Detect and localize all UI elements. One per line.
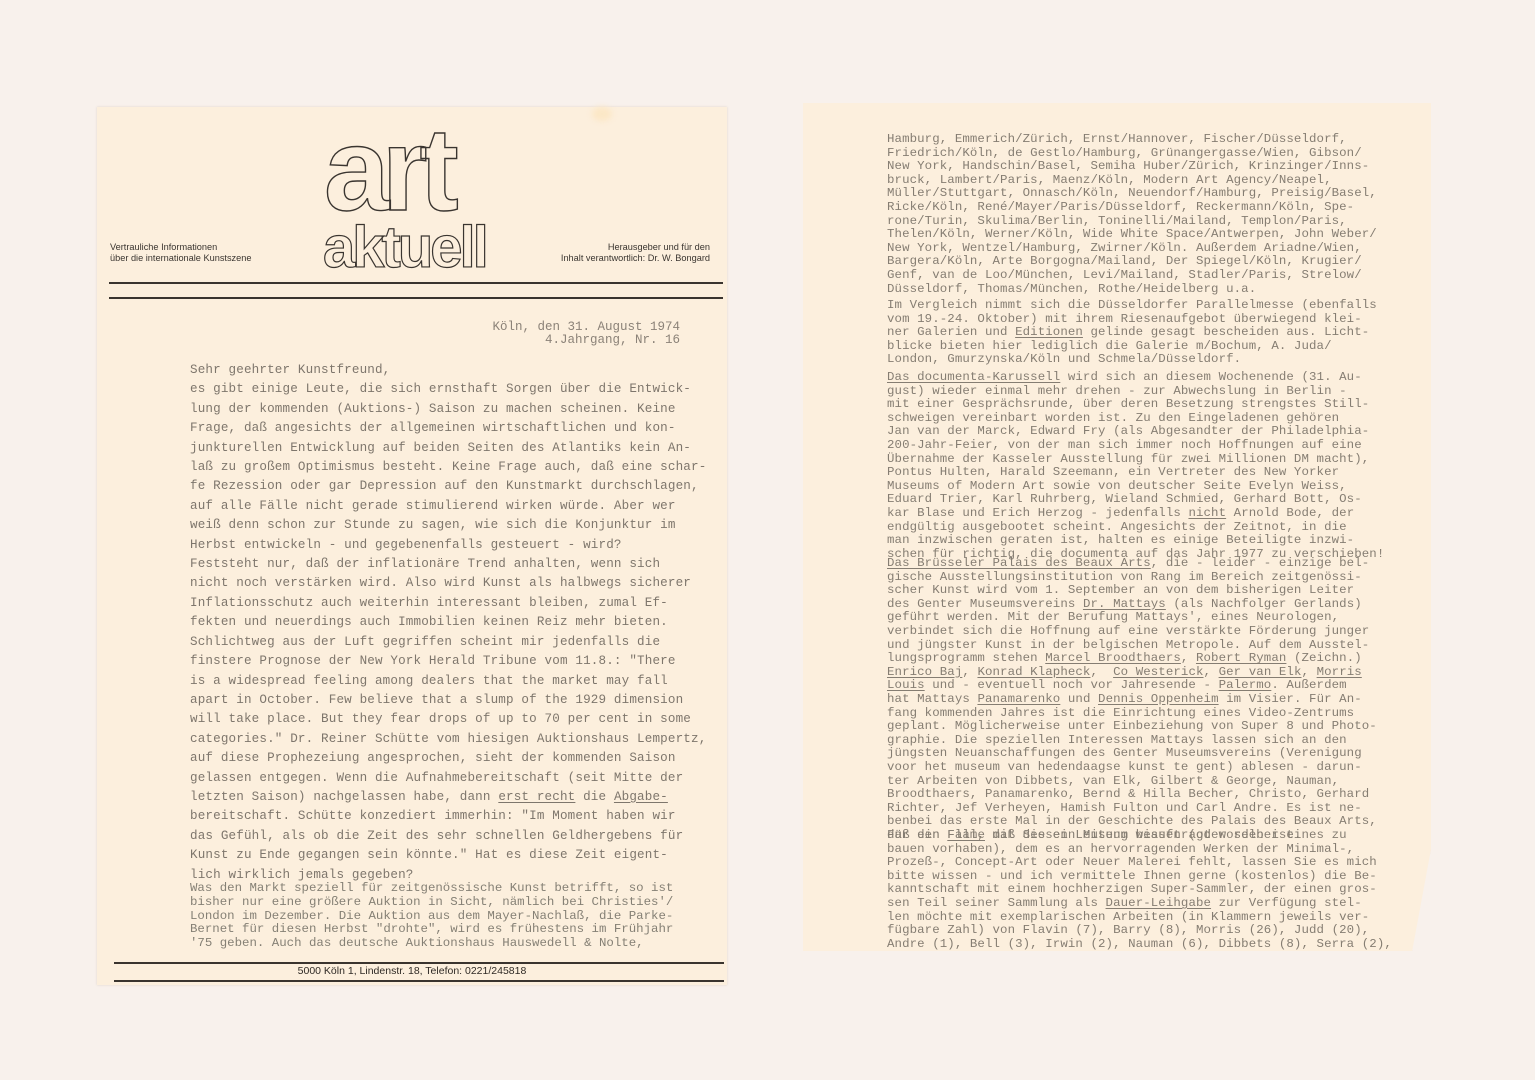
underlined-phrase: Dauer-Leihgabe — [1106, 896, 1212, 910]
text-line: Müller/Stuttgart, Onnasch/Köln, Neuendor… — [887, 187, 1407, 201]
footer-rule — [114, 980, 724, 982]
newsletter-page-back: Hamburg, Emmerich/Zürich, Ernst/Hannover… — [803, 103, 1431, 951]
text-line: bruck, Lambert/Paris, Maenz/Köln, Modern… — [887, 174, 1407, 188]
paragraph-museum-offer: Für den Fall, daß Sie ein Museum wissen … — [887, 829, 1407, 951]
text-line: rone/Turin, Skulima/Berlin, Toninelli/Ma… — [887, 215, 1407, 229]
tagline-line: über die internationale Kunstszene — [110, 253, 251, 264]
publisher-line: Inhalt verantwortlich: Dr. W. Bongard — [561, 253, 710, 264]
tagline-line: Vertrauliche Informationen — [110, 242, 251, 253]
footer-rule — [114, 962, 724, 964]
text-line: finstere Prognose der New York Herald Tr… — [190, 652, 710, 671]
text-line: Was den Markt speziell für zeitgenössisc… — [190, 882, 730, 896]
underlined-phrase: Enrico Baj — [887, 665, 962, 679]
text-line: New York, Wentzel/Hamburg, Zwirner/Köln.… — [887, 242, 1407, 256]
text-line: len möchte mit exemplarischen Arbeiten (… — [887, 911, 1407, 925]
text-line: Für den Fall, daß Sie ein Museum wissen … — [887, 829, 1407, 843]
underlined-phrase: erst recht — [498, 790, 575, 804]
text-line: '75 geben. Auch das deutsche Auktionshau… — [190, 937, 730, 951]
text-line: fügbare Zahl) von Flavin (7), Barry (8),… — [887, 924, 1407, 938]
text-line: Thelen/Köln, Werner/Köln, Wide White Spa… — [887, 228, 1407, 242]
underlined-phrase: Robert Ryman — [1196, 651, 1286, 665]
text-line: Sehr geehrter Kunstfreund, — [190, 361, 710, 380]
text-line: fe Rezession oder gar Depression auf den… — [190, 477, 710, 496]
text-line: apart in October. Few believe that a slu… — [190, 691, 710, 710]
text-line: is a widespread feeling among dealers th… — [190, 672, 710, 691]
text-line: endgültig ausgebootet scheint. Angesicht… — [887, 521, 1407, 535]
dateline: Köln, den 31. August 1974 4.Jahrgang, Nr… — [492, 321, 680, 347]
underlined-phrase: Co Westerick — [1113, 665, 1203, 679]
text-line: London, Gmurzynska/Köln und Schmela/Düss… — [887, 353, 1407, 367]
underlined-phrase: Palermo — [1219, 678, 1272, 692]
paragraph-gallery-list: Hamburg, Emmerich/Zürich, Ernst/Hannover… — [887, 133, 1407, 296]
text-line: kar Blase und Erich Herzog - jedenfalls … — [887, 507, 1407, 521]
text-line: Andre (1), Bell (3), Irwin (2), Nauman (… — [887, 938, 1407, 952]
text-line: gische Ausstellungsinstitution von Rang … — [887, 571, 1407, 585]
underlined-phrase: Abgabe- — [614, 790, 668, 804]
text-line: mit einer Gesprächsrunde, über deren Bes… — [887, 398, 1407, 412]
underlined-phrase: Dennis Oppenheim — [1098, 692, 1219, 706]
text-line: Pontus Hulten, Harald Szeemann, ein Vert… — [887, 466, 1407, 480]
text-line: Museums of Modern Art sowie von deutsche… — [887, 480, 1407, 494]
paragraph-documenta: Das documenta-Karussell wird sich an die… — [887, 371, 1407, 561]
underlined-phrase: Marcel Broodthaers — [1045, 651, 1181, 665]
text-line: auf alle Fälle nicht gerade stimulierend… — [190, 497, 710, 516]
text-line: benbei das erste Mal in der Geschichte d… — [887, 815, 1407, 829]
text-line: vom 19.-24. Oktober) mit ihrem Riesenauf… — [887, 313, 1407, 327]
text-line: Prozeß-, Concept-Art oder Neuer Malerei … — [887, 856, 1407, 870]
text-line: weiß denn schon zur Stunde zu sagen, wie… — [190, 516, 710, 535]
underlined-phrase: Konrad Klapheck — [977, 665, 1090, 679]
text-line: Enrico Baj, Konrad Klapheck, Co Westeric… — [887, 666, 1407, 680]
text-line: Jan van der Marck, Edward Fry (als Abges… — [887, 425, 1407, 439]
text-line: Das documenta-Karussell wird sich an die… — [887, 371, 1407, 385]
text-line: Das Brüsseler Palais des Beaux Arts, die… — [887, 557, 1407, 571]
text-line: des Genter Museumsvereins Dr. Mattays (a… — [887, 598, 1407, 612]
text-line: Hamburg, Emmerich/Zürich, Ernst/Hannover… — [887, 133, 1407, 147]
text-line: fekten und neuerdings auch Immobilien ke… — [190, 613, 710, 632]
text-line: verbindet sich die Hoffnung auf eine ver… — [887, 625, 1407, 639]
footer-address: 5000 Köln 1, Lindenstr. 18, Telefon: 022… — [97, 965, 727, 977]
text-line: gust) wieder einmal mehr drehen - zur Ab… — [887, 385, 1407, 399]
underlined-phrase: Panamarenko — [977, 692, 1060, 706]
text-line: schweigen vereinbart worden ist. Zu den … — [887, 412, 1407, 426]
text-line: bereitschaft. Schütte konzediert immerhi… — [190, 807, 710, 826]
underlined-phrase: Ger van Elk — [1219, 665, 1302, 679]
art-aktuell-logo: art aktuell — [322, 112, 512, 272]
text-line: graphie. Die speziellen Interessen Matta… — [887, 734, 1407, 748]
text-line: Schlichtweg aus der Luft gegriffen schei… — [190, 633, 710, 652]
issue-text: 4.Jahrgang, Nr. 16 — [492, 334, 680, 347]
text-line: Übernahme der Kasseler Ausstellung für z… — [887, 453, 1407, 467]
text-line: laß zu großem Optimismus besteht. Keine … — [190, 458, 710, 477]
text-line: kanntschaft mit einem hochherzigen Super… — [887, 883, 1407, 897]
text-line: und jüngster Kunst in der belgischen Met… — [887, 639, 1407, 653]
text-line: lung der kommenden (Auktions-) Saison zu… — [190, 400, 710, 419]
text-line: Im Vergleich nimmt sich die Düsseldorfer… — [887, 299, 1407, 313]
text-line: jüngsten Neuanschaffungen des Genter Mus… — [887, 747, 1407, 761]
text-line: New York, Handschin/Basel, Semiha Huber/… — [887, 160, 1407, 174]
paragraph-duesseldorf-fair: Im Vergleich nimmt sich die Düsseldorfer… — [887, 299, 1407, 367]
text-line: Louis und - eventuell noch vor Jahresend… — [887, 679, 1407, 693]
text-line: 200-Jahr-Feier, von der man sich immer n… — [887, 439, 1407, 453]
newsletter-page-front: art aktuell Vertrauliche Informationen ü… — [97, 107, 727, 985]
text-line: Genf, van de Loo/München, Levi/Mailand, … — [887, 269, 1407, 283]
text-line: man inzwischen geraten ist, halten es ei… — [887, 534, 1407, 548]
text-line: Broodthaers, Panamarenko, Bernd & Hilla … — [887, 788, 1407, 802]
paper-stain — [592, 107, 612, 121]
text-line: will take place. But they fear drops of … — [190, 710, 710, 729]
text-line: bitte wissen - und ich vermittele Ihnen … — [887, 870, 1407, 884]
underlined-phrase: Louis — [887, 678, 925, 692]
text-line: Feststeht nur, daß der inflationäre Tren… — [190, 555, 710, 574]
underlined-phrase: Das Brüsseler Palais des Beaux Arts — [887, 556, 1151, 570]
text-line: letzten Saison) nachgelassen habe, dann … — [190, 788, 710, 807]
header-rule — [109, 282, 723, 284]
text-line: Herbst entwickeln - und gegebenenfalls g… — [190, 536, 710, 555]
masthead-publisher: Herausgeber und für den Inhalt verantwor… — [561, 242, 710, 264]
text-line: Kunst zu Ende gegangen sein könnte." Hat… — [190, 846, 710, 865]
text-line: nicht noch verstärken wird. Also wird Ku… — [190, 574, 710, 593]
text-line: lungsprogramm stehen Marcel Broodthaers,… — [887, 652, 1407, 666]
text-line: Friedrich/Köln, de Gestlo/Hamburg, Grüna… — [887, 147, 1407, 161]
paragraph-bruessel: Das Brüsseler Palais des Beaux Arts, die… — [887, 557, 1407, 842]
text-line: junkturellen Entwicklung auf beiden Seit… — [190, 439, 710, 458]
text-line: auf diese Prophezeiung angesprochen, sie… — [190, 749, 710, 768]
text-line: gelassen entgegen. Wenn die Aufnahmebere… — [190, 769, 710, 788]
text-line: es gibt einige Leute, die sich ernsthaft… — [190, 380, 710, 399]
text-line: Frage, daß angesichts der allgemeinen wi… — [190, 419, 710, 438]
logo-line-aktuell: aktuell — [323, 215, 486, 272]
text-line: bisher nur eine größere Auktion in Sicht… — [190, 896, 730, 910]
text-line: sen Teil seiner Sammlung als Dauer-Leihg… — [887, 897, 1407, 911]
text-line: fang kommenden Jahres ist die Einrichtun… — [887, 707, 1407, 721]
text-line: Inflationsschutz auch weiterhin interess… — [190, 594, 710, 613]
text-line: Ricke/Köln, René/Mayer/Paris/Düsseldorf,… — [887, 201, 1407, 215]
text-line: Bernet für diesen Herbst "drohte", wird … — [190, 923, 730, 937]
masthead-tagline: Vertrauliche Informationen über die inte… — [110, 242, 251, 264]
text-line: blicke bieten hier lediglich die Galerie… — [887, 340, 1407, 354]
letter-tail: Was den Markt speziell für zeitgenössisc… — [190, 882, 730, 951]
header-rule — [109, 297, 723, 299]
text-line: Richter, Jef Verheyen, Hamish Fulton und… — [887, 802, 1407, 816]
text-line: bauen vorhaben), dem es an hervorragende… — [887, 843, 1407, 857]
text-line: geführt werden. Mit der Berufung Mattays… — [887, 611, 1407, 625]
text-line: scher Kunst wird vom 1. September an von… — [887, 584, 1407, 598]
text-line: geplant. Möglicherweise unter Einbeziehu… — [887, 720, 1407, 734]
text-line: voor het museum van hedendaagse kunst te… — [887, 761, 1407, 775]
publisher-line: Herausgeber und für den — [561, 242, 710, 253]
letter-body: Sehr geehrter Kunstfreund,es gibt einige… — [190, 361, 710, 885]
underlined-phrase: Morris — [1317, 665, 1362, 679]
text-line: ner Galerien und Editionen gelinde gesag… — [887, 326, 1407, 340]
logo-graphic: art aktuell — [322, 112, 512, 272]
underlined-phrase: Editionen — [1015, 325, 1083, 339]
text-line: ter Arbeiten von Dibbets, van Elk, Gilbe… — [887, 775, 1407, 789]
text-line: Düsseldorf, Thomas/München, Rothe/Heidel… — [887, 283, 1407, 297]
text-line: das Gefühl, als ob die Zeit des sehr sch… — [190, 827, 710, 846]
text-line: London im Dezember. Die Auktion aus dem … — [190, 910, 730, 924]
text-line: Eduard Trier, Karl Ruhrberg, Wieland Sch… — [887, 493, 1407, 507]
underlined-phrase: Das documenta-Karussell — [887, 370, 1060, 384]
text-line: Bargera/Köln, Arte Borgogna/Mailand, Der… — [887, 255, 1407, 269]
text-line: categories." Dr. Reiner Schütte vom hies… — [190, 730, 710, 749]
text-line: hat Mattays Panamarenko und Dennis Oppen… — [887, 693, 1407, 707]
underlined-phrase: Dr. Mattays — [1083, 597, 1166, 611]
underlined-phrase: nicht — [1188, 506, 1226, 520]
